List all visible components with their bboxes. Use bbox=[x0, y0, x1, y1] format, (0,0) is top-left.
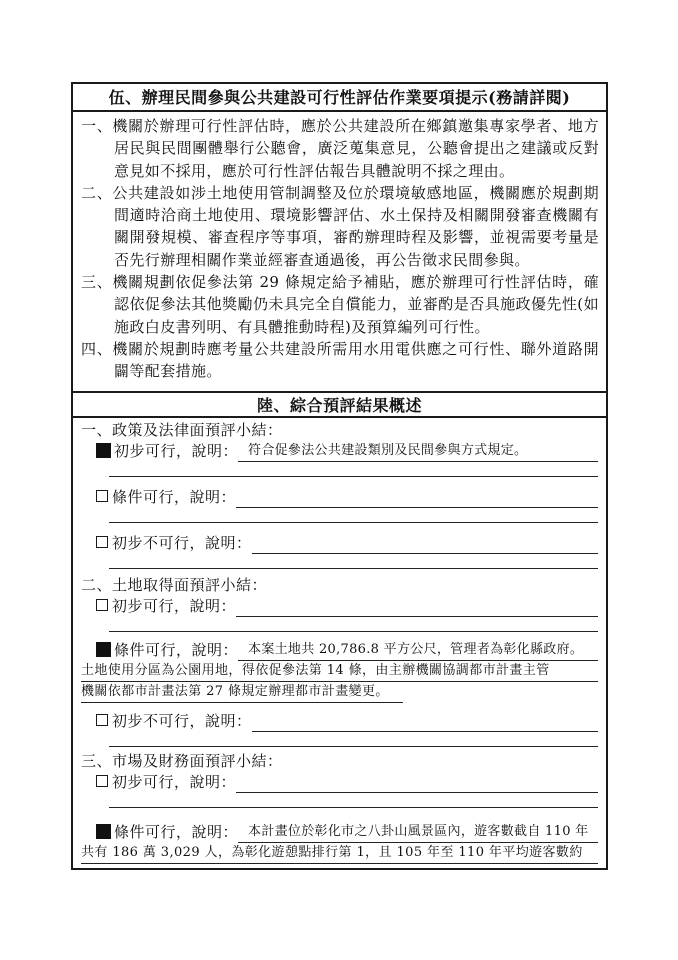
continuation-line bbox=[109, 793, 598, 808]
document-page: 伍、辦理民間參與公共建設可行性評估作業要項提示(務請詳閱) 一、機關於辦理可行性… bbox=[0, 0, 678, 960]
notice-item: 一、機關於辦理可行性評估時，應於公共建設所在鄉鎮邀集專家學者、地方居民與民間團體… bbox=[81, 115, 599, 182]
checkbox-unchecked-icon bbox=[96, 536, 108, 548]
option-label: 初步不可行，說明： bbox=[112, 533, 252, 554]
fill-in-line: 符合促參法公共建設類別及民間參與方式規定。 bbox=[238, 441, 598, 462]
option-row-feasible: 初步可行，說明： bbox=[96, 596, 598, 617]
option-label: 初步不可行，說明： bbox=[112, 711, 252, 732]
item-number: 四、 bbox=[81, 340, 112, 358]
checkbox-unchecked-icon bbox=[96, 775, 108, 787]
fill-in-line bbox=[252, 533, 598, 554]
notice-item: 三、機關規劃依促參法第 29 條規定給予補貼，應於辦理可行性評估時，確認依促參法… bbox=[81, 271, 599, 338]
subsection-title-land: 二、土地取得面預評小結： bbox=[81, 575, 598, 596]
continuation-line bbox=[109, 462, 598, 477]
fill-in-line-wrap: 機關依都市計畫法第 27 條規定辦理都市計畫變更。 bbox=[81, 682, 403, 703]
option-label: 條件可行，說明： bbox=[114, 640, 238, 661]
subsection-title-market: 三、市場及財務面預評小結： bbox=[81, 751, 598, 772]
option-label: 條件可行，說明： bbox=[112, 487, 236, 508]
fill-in-line: 本案土地共 20,786.8 平方公尺，管理者為彰化縣政府。 bbox=[238, 640, 598, 661]
fill-in-line-wrap: 土地使用分區為公園用地，得依促參法第 14 條，由主辦機關協調都市計畫主管 bbox=[81, 661, 598, 682]
fill-in-line bbox=[236, 772, 598, 793]
continuation-line bbox=[109, 508, 598, 523]
fill-in-line-wrap: 共有 186 萬 3,029 人，為彰化遊憩點排行第 1，且 105 年至 11… bbox=[81, 843, 598, 864]
option-row-conditional: 條件可行，說明： 本案土地共 20,786.8 平方公尺，管理者為彰化縣政府。 bbox=[96, 640, 598, 661]
item-text: 公共建設如涉土地使用管制調整及位於環境敏感地區，機關應於規劃期間適時洽商土地使用… bbox=[112, 184, 599, 269]
option-row-infeasible: 初步不可行，說明： bbox=[96, 533, 598, 554]
option-row-infeasible: 初步不可行，說明： bbox=[96, 711, 598, 732]
continuation-line bbox=[109, 732, 598, 747]
section6-body: 一、政策及法律面預評小結： 初步可行，說明： 符合促參法公共建設類別及民間參與方… bbox=[73, 418, 606, 864]
checkbox-checked-icon bbox=[96, 824, 111, 839]
item-number: 二、 bbox=[81, 184, 112, 202]
option-label: 初步可行，說明： bbox=[112, 596, 236, 617]
item-text: 機關於規劃時應考量公共建設所需用水用電供應之可行性、聯外道路開闢等配套措施。 bbox=[112, 340, 599, 380]
option-row-feasible: 初步可行，說明： 符合促參法公共建設類別及民間參與方式規定。 bbox=[96, 441, 598, 462]
checkbox-checked-icon bbox=[96, 443, 111, 458]
notice-item: 四、機關於規劃時應考量公共建設所需用水用電供應之可行性、聯外道路開闢等配套措施。 bbox=[81, 338, 599, 383]
form-table: 伍、辦理民間參與公共建設可行性評估作業要項提示(務請詳閱) 一、機關於辦理可行性… bbox=[71, 82, 608, 870]
continuation-line bbox=[109, 617, 598, 632]
notice-item: 二、公共建設如涉土地使用管制調整及位於環境敏感地區，機關應於規劃期間適時洽商土地… bbox=[81, 182, 599, 271]
option-row-conditional: 條件可行，說明： 本計畫位於彰化市之八卦山風景區內，遊客數截自 110 年 bbox=[96, 822, 598, 843]
fill-in-line bbox=[252, 711, 598, 732]
fill-in-line: 本計畫位於彰化市之八卦山風景區內，遊客數截自 110 年 bbox=[238, 822, 598, 843]
fill-in-line bbox=[236, 596, 598, 617]
subsection-title-policy: 一、政策及法律面預評小結： bbox=[81, 420, 598, 441]
section6-header: 陸、綜合預評結果概述 bbox=[73, 391, 606, 418]
section5-header: 伍、辦理民間參與公共建設可行性評估作業要項提示(務請詳閱) bbox=[73, 84, 606, 112]
checkbox-unchecked-icon bbox=[96, 599, 108, 611]
section5-body: 一、機關於辦理可行性評估時，應於公共建設所在鄉鎮邀集專家學者、地方居民與民間團體… bbox=[73, 112, 606, 391]
item-text: 機關規劃依促參法第 29 條規定給予補貼，應於辦理可行性評估時，確認依促參法其他… bbox=[112, 273, 599, 336]
fill-in-line bbox=[236, 487, 598, 508]
option-label: 條件可行，說明： bbox=[114, 822, 238, 843]
item-number: 三、 bbox=[81, 273, 112, 291]
item-number: 一、 bbox=[81, 117, 112, 135]
option-label: 初步可行，說明： bbox=[114, 441, 238, 462]
checkbox-checked-icon bbox=[96, 642, 111, 657]
checkbox-unchecked-icon bbox=[96, 490, 108, 502]
option-label: 初步可行，說明： bbox=[112, 772, 236, 793]
continuation-line bbox=[109, 554, 598, 569]
item-text: 機關於辦理可行性評估時，應於公共建設所在鄉鎮邀集專家學者、地方居民與民間團體舉行… bbox=[112, 117, 599, 180]
checkbox-unchecked-icon bbox=[96, 714, 108, 726]
option-row-feasible: 初步可行，說明： bbox=[96, 772, 598, 793]
option-row-conditional: 條件可行，說明： bbox=[96, 487, 598, 508]
